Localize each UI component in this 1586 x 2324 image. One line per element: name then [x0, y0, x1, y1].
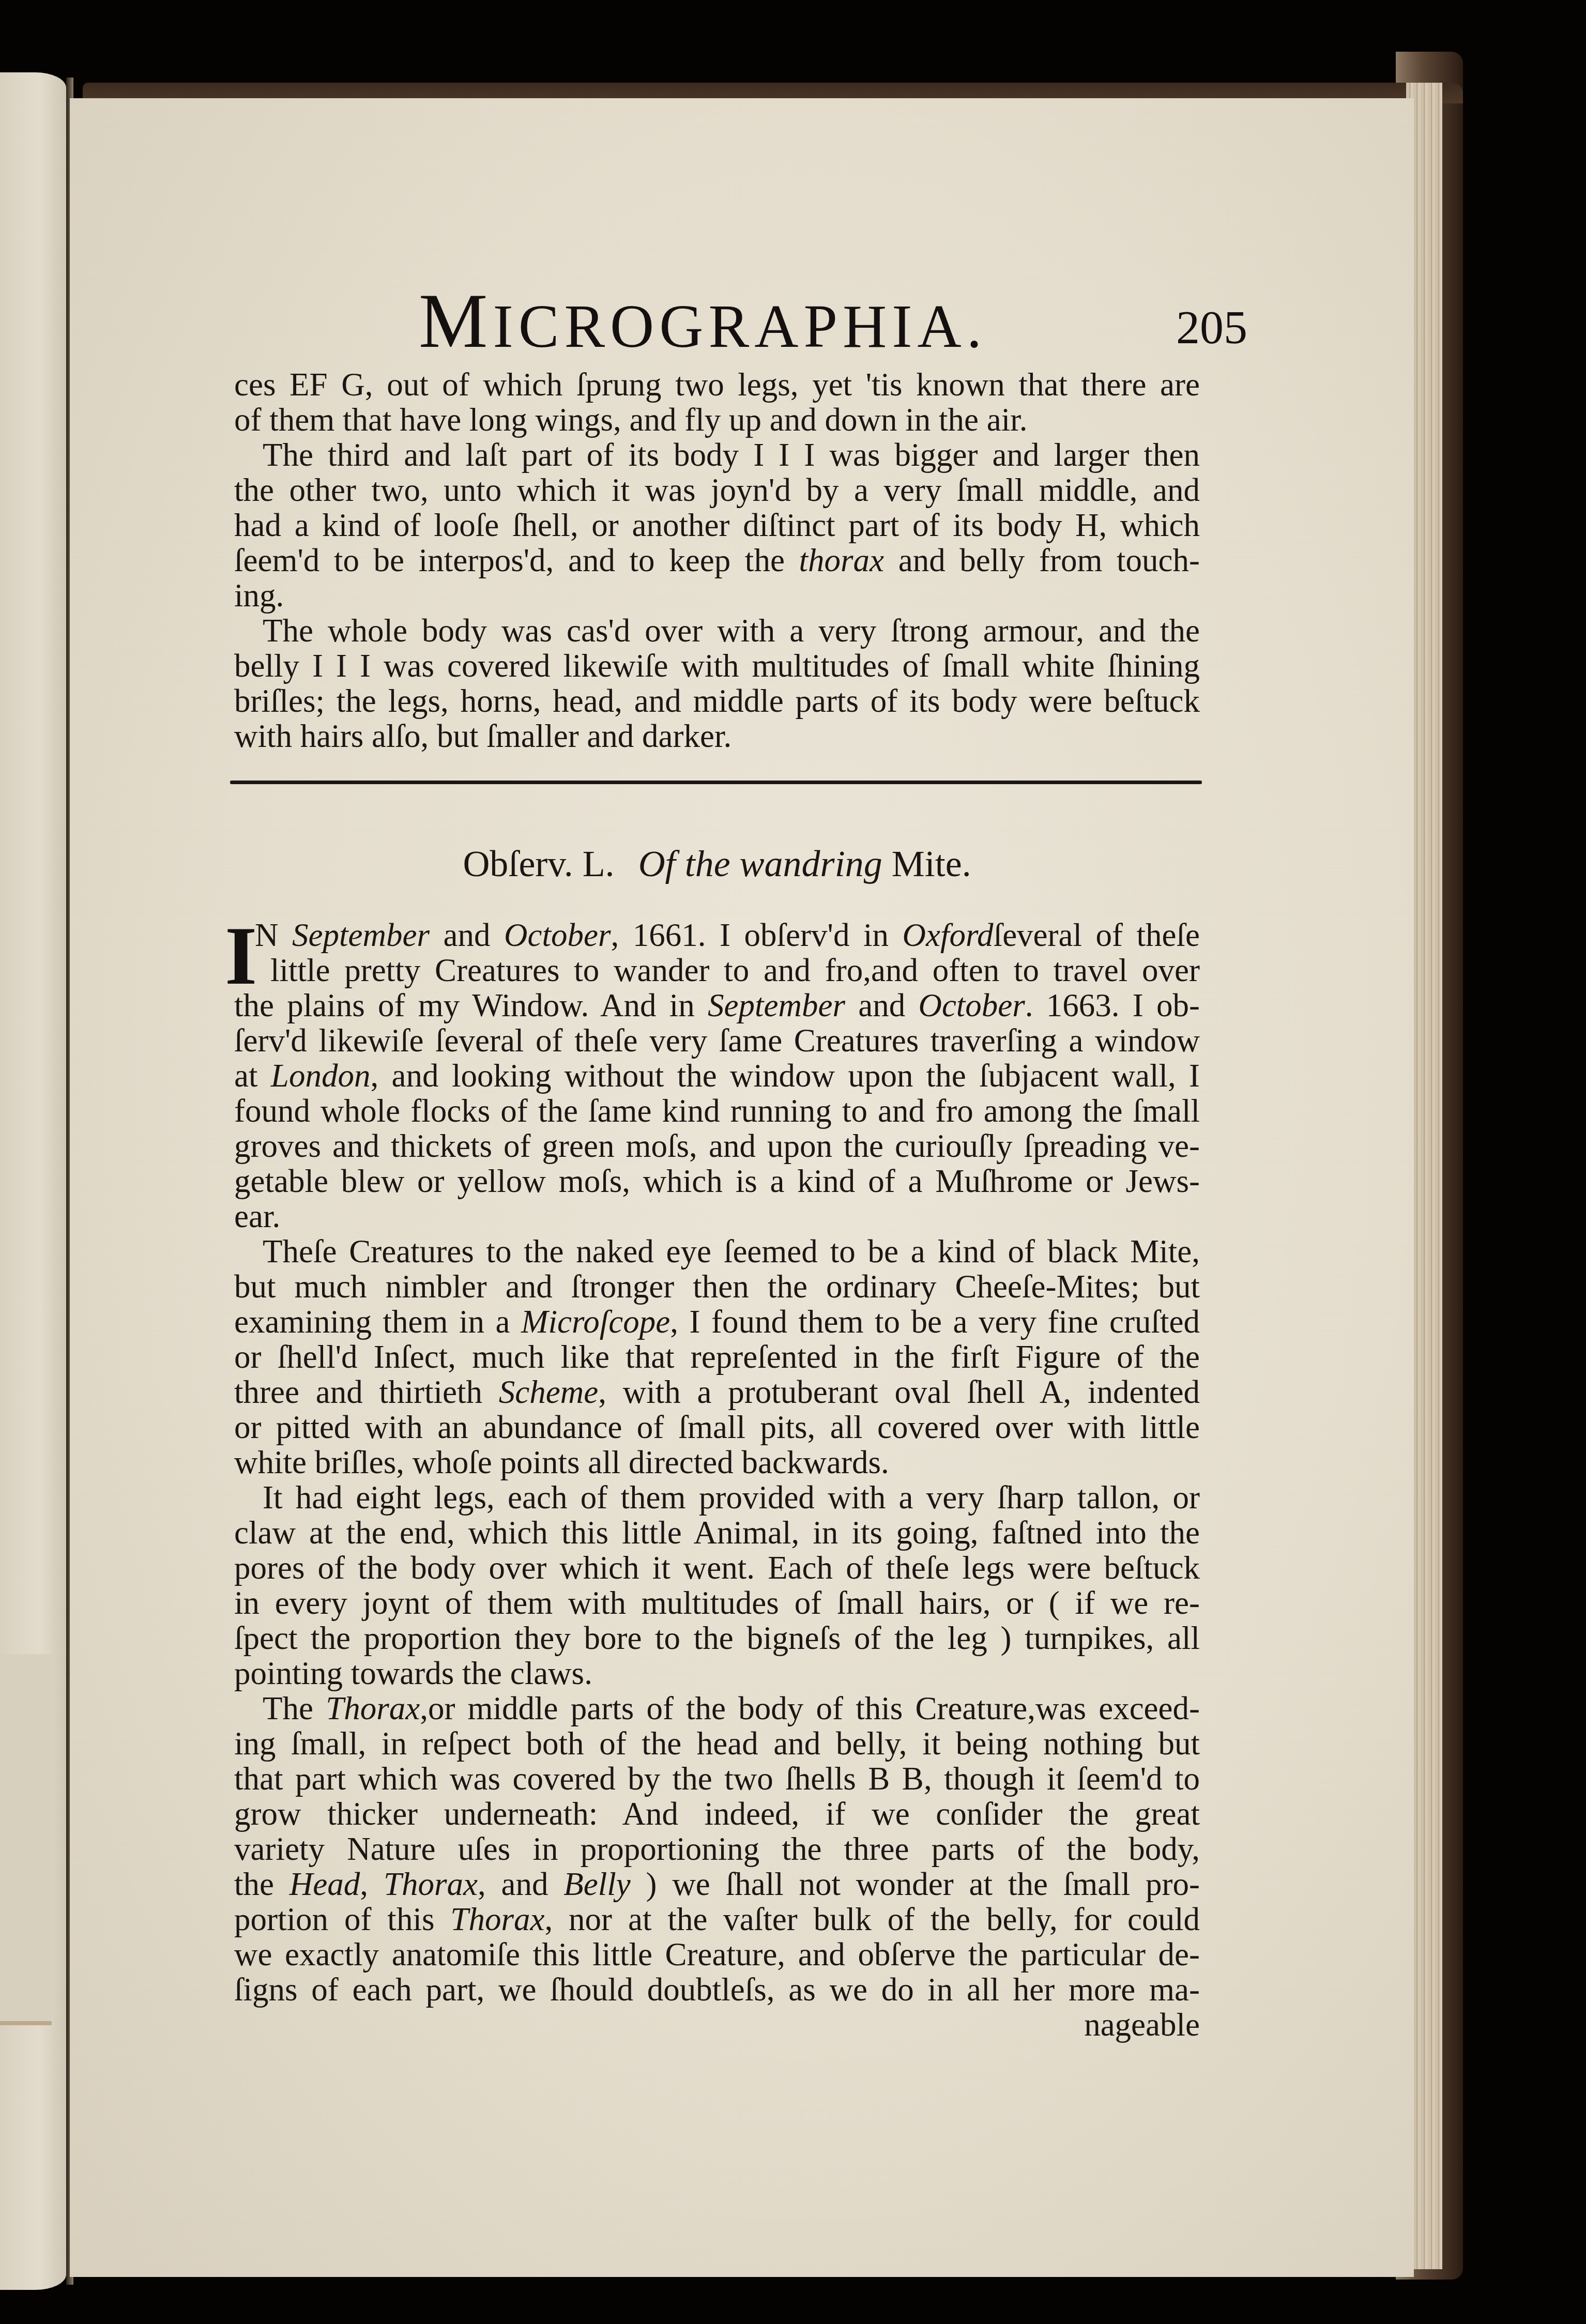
observation-title-roman: Mite. — [892, 843, 971, 884]
text-line: found whole flocks of the ſame kind runn… — [234, 1093, 1200, 1128]
text-line: but much nimbler and ſtronger then the o… — [234, 1269, 1200, 1304]
text-line: It had eight legs, each of them provided… — [234, 1480, 1200, 1515]
text-line: Theſe Creatures to the naked eye ſeemed … — [234, 1234, 1200, 1269]
text-line: portion of this Thorax, nor at the vaſte… — [234, 1902, 1200, 1937]
catchword: nageable — [234, 2007, 1200, 2042]
text-line: of them that have long wings, and fly up… — [234, 402, 1200, 437]
text-line: that part which was covered by the two ſ… — [234, 1761, 1200, 1796]
running-head-initial: M — [419, 278, 493, 364]
text-line: The whole body was cas'd over with a ver… — [234, 613, 1200, 648]
text-line: pores of the body over which it went. Ea… — [234, 1550, 1200, 1585]
text-line: The Thorax,or middle parts of the body o… — [234, 1691, 1200, 1726]
observation-number: Obſerv. L. — [463, 843, 614, 884]
running-head: MICROGRAPHIA. — [419, 277, 987, 365]
text-line: we exactly anatomiſe this little Creatur… — [234, 1937, 1200, 1972]
text-line: ing ſmall, in reſpect both of the head a… — [234, 1726, 1200, 1761]
continuation-text: ces EF G, out of which ſprung two legs, … — [234, 367, 1200, 754]
text-line: groves and thickets of green moſs, and u… — [234, 1128, 1200, 1164]
observation-heading: Obſerv. L.Of the wandring Mite. — [234, 843, 1200, 885]
text-line: belly I I I was covered likewiſe with mu… — [234, 648, 1200, 683]
text-line: ear. — [234, 1199, 1200, 1234]
left-page-tab — [0, 1654, 52, 2025]
running-head-rest: ICROGRAPHIA. — [493, 293, 987, 360]
text-line: or pitted with an abundance of ſmall pit… — [234, 1410, 1200, 1445]
text-line: grow thicker underneath: And indeed, if … — [234, 1796, 1200, 1831]
observation-title-italic: Of the wandring — [638, 843, 882, 884]
text-line: claw at the end, which this little Anima… — [234, 1515, 1200, 1550]
page-number: 205 — [1176, 300, 1247, 355]
text-line: ces EF G, out of which ſprung two legs, … — [234, 367, 1200, 402]
text-line: ſeem'd to be interpos'd, and to keep the… — [234, 543, 1200, 578]
section-divider-rule — [230, 781, 1202, 784]
text-line: ſigns of each part, we ſhould doubtleſs,… — [234, 1972, 1200, 2007]
text-line: The third and laſt part of its body I I … — [234, 437, 1200, 472]
text-line: variety Nature uſes in proportioning the… — [234, 1831, 1200, 1867]
text-line: the Head, Thorax, and Belly ) we ſhall n… — [234, 1867, 1200, 1902]
drop-cap: I — [225, 920, 257, 992]
observation-body: I N September and October, 1661. I obſer… — [234, 918, 1200, 2042]
text-line: in every joynt of them with multitudes o… — [234, 1585, 1200, 1620]
text-line: N September and October, 1661. I obſerv'… — [234, 918, 1200, 953]
text-line: little pretty Creatures to wander to and… — [234, 953, 1200, 988]
text-line: had a kind of looſe ſhell, or another di… — [234, 508, 1200, 543]
text-line: ſerv'd likewiſe ſeveral of theſe very ſa… — [234, 1023, 1200, 1058]
text-line: pointing towards the claws. — [234, 1656, 1200, 1691]
text-line: with hairs alſo, but ſmaller and darker. — [234, 718, 1200, 754]
text-line: getable blew or yellow moſs, which is a … — [234, 1164, 1200, 1199]
text-line: white briſles, whoſe points all directed… — [234, 1445, 1200, 1480]
text-line: ing. — [234, 578, 1200, 613]
book-page: MICROGRAPHIA. 205 ces EF G, out of which… — [70, 98, 1414, 2277]
text-line: briſles; the legs, horns, head, and midd… — [234, 683, 1200, 718]
text-line: three and thirtieth Scheme, with a protu… — [234, 1374, 1200, 1410]
text-line: ſpect the proportion they bore to the bi… — [234, 1620, 1200, 1656]
text-line: the plains of my Window. And in Septembe… — [234, 988, 1200, 1023]
text-line: examining them in a Microſcope, I found … — [234, 1304, 1200, 1339]
text-line: or ſhell'd Inſect, much like that repreſ… — [234, 1339, 1200, 1374]
text-line: at London, and looking without the windo… — [234, 1058, 1200, 1093]
text-line: the other two, unto which it was joyn'd … — [234, 472, 1200, 508]
